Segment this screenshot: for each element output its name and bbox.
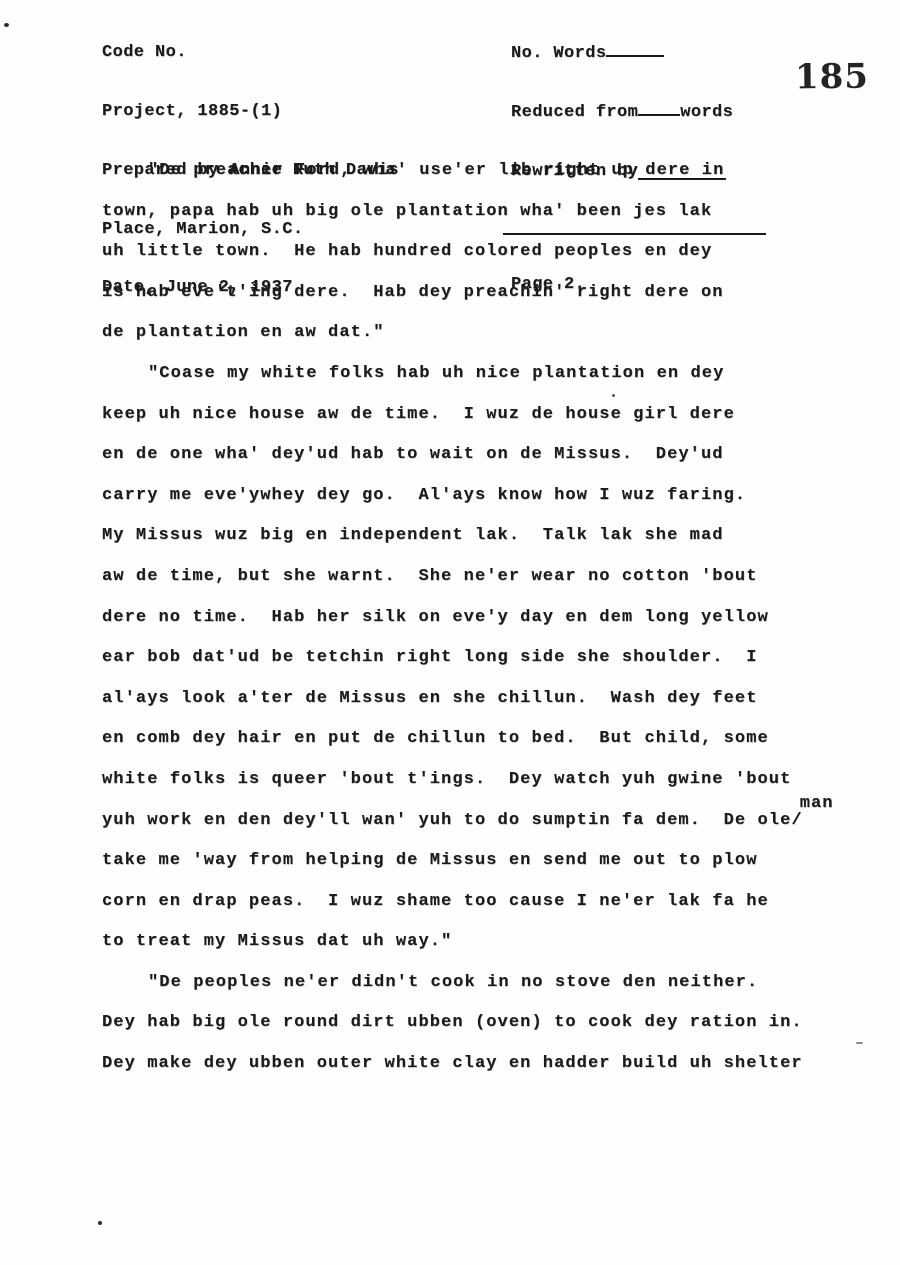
text-line: ear bob dat'ud be tetchin right long sid… — [102, 638, 882, 679]
text-line: My Missus wuz big en independent lak. Ta… — [102, 516, 882, 557]
reduced-from-line: Reduced fromwords — [511, 102, 766, 122]
code-no-line: Code No. — [102, 43, 399, 63]
text-line: Dey hab big ole round dirt ubben (oven) … — [102, 1003, 882, 1044]
text-line: en de one wha' dey'ud hab to wait on de … — [102, 435, 882, 476]
ink-speck — [612, 394, 615, 397]
ink-speck — [856, 1042, 863, 1044]
text-line: Dey make dey ubben outer white clay en h… — [102, 1044, 882, 1085]
text-line: dere no time. Hab her silk on eve'y day … — [102, 598, 882, 639]
text-line: to treat my Missus dat uh way." — [102, 922, 882, 963]
text-line: aw de time, but she warnt. She ne'er wea… — [102, 557, 882, 598]
text-line: de plantation en aw dat." — [102, 313, 882, 354]
text-line: corn en drap peas. I wuz shame too cause… — [102, 882, 882, 923]
blank-underline — [638, 102, 680, 116]
text-line: is hab eve't'ing dere. Hab dey preachin'… — [102, 273, 882, 314]
scanned-typescript-page: Code No. Project, 1885-(1) Prepared by A… — [0, 0, 900, 1265]
ink-speck — [98, 1221, 102, 1225]
words-suffix-label: words — [680, 103, 733, 122]
no-words-label: No. Words — [511, 44, 606, 63]
text-line: "De preacher Ford, wha' use'er lib right… — [102, 151, 882, 192]
text-line: yuh work en den dey'll wan' yuh to do su… — [102, 801, 882, 842]
text-line: white folks is queer 'bout t'ings. Dey w… — [102, 760, 882, 801]
text-line: "Coase my white folks hab uh nice planta… — [102, 354, 882, 395]
ink-speck — [4, 23, 9, 27]
document-body: "De preacher Ford, wha' use'er lib right… — [102, 151, 882, 1085]
text-line: "De peoples ne'er didn't cook in no stov… — [102, 963, 882, 1004]
text-line: en comb dey hair en put de chillun to be… — [102, 719, 882, 760]
text-line: uh little town. He hab hundred colored p… — [102, 232, 882, 273]
blank-underline — [606, 43, 664, 57]
text-line: al'ays look a'ter de Missus en she chill… — [102, 679, 882, 720]
page-number-stamp: 185 — [795, 57, 869, 98]
no-words-line: No. Words — [511, 43, 766, 63]
text-line: town, papa hab uh big ole plantation wha… — [102, 192, 882, 233]
text-line: carry me eve'ywhey dey go. Al'ays know h… — [102, 476, 882, 517]
text-line: take me 'way from helping de Missus en s… — [102, 841, 882, 882]
project-line: Project, 1885-(1) — [102, 102, 399, 122]
reduced-from-label: Reduced from — [511, 103, 638, 122]
text-line: keep uh nice house aw de time. I wuz de … — [102, 395, 882, 436]
inserted-word: man — [800, 794, 834, 813]
